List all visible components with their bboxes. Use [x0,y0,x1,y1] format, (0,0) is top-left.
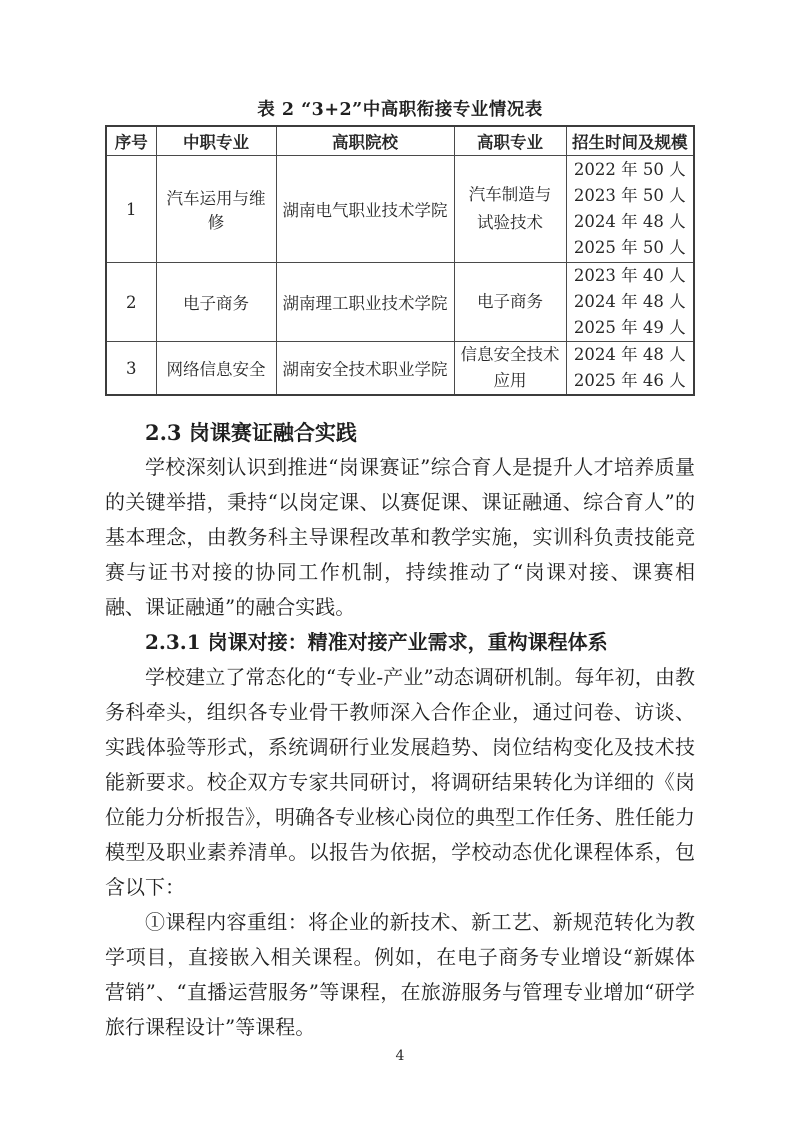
table-row: 1 汽车运用与维修 湖南电气职业技术学院 汽车制造与 试验技术 2022 年 5… [106,156,694,263]
table-row: 3 网络信息安全 湖南安全技术职业学院 信息安全技术 应用 2024 年 48 … [106,342,694,396]
cell-enrollment: 2023 年 40 人 2024 年 48 人 2025 年 49 人 [566,263,694,342]
cell-secondary-major: 网络信息安全 [156,342,276,396]
cell-enrollment: 2022 年 50 人 2023 年 50 人 2024 年 48 人 2025… [566,156,694,263]
table-header-row: 序号 中职专业 高职院校 高职专业 招生时间及规模 [106,126,694,156]
cell-college: 湖南理工职业技术学院 [276,263,454,342]
cell-no: 3 [106,342,156,396]
higher-major-line: 电子商务 [457,288,564,316]
cell-enrollment: 2024 年 48 人 2025 年 46 人 [566,342,694,396]
table-row: 2 电子商务 湖南理工职业技术学院 电子商务 2023 年 40 人 2024 … [106,263,694,342]
page-number: 4 [0,1048,800,1064]
section-heading-2-3: 2.3 岗课赛证融合实践 [105,415,695,450]
cell-higher-major: 信息安全技术 应用 [454,342,566,396]
col-header-secondary-major: 中职专业 [156,126,276,156]
cell-college: 湖南电气职业技术学院 [276,156,454,263]
higher-major-line: 汽车制造与 [457,181,564,209]
cell-secondary-major: 汽车运用与维修 [156,156,276,263]
document-page: 表 2 “3+2”中高职衔接专业情况表 序号 中职专业 高职院校 高职专业 招生… [0,0,800,1130]
table-title: 表 2 “3+2”中高职衔接专业情况表 [105,100,695,120]
enrollment-line: 2023 年 40 人 [569,263,692,289]
articulation-table: 序号 中职专业 高职院校 高职专业 招生时间及规模 1 汽车运用与维修 湖南电气… [105,125,695,396]
enrollment-line: 2025 年 49 人 [569,315,692,341]
section-heading-2-3-1: 2.3.1 岗课对接：精准对接产业需求，重构课程体系 [105,625,695,660]
cell-higher-major: 汽车制造与 试验技术 [454,156,566,263]
paragraph-3: ①课程内容重组：将企业的新技术、新工艺、新规范转化为教学项目，直接嵌入相关课程。… [105,905,695,1045]
col-header-higher-major: 高职专业 [454,126,566,156]
cell-no: 1 [106,156,156,263]
body-text: 2.3 岗课赛证融合实践 学校深刻认识到推进“岗课赛证”综合育人是提升人才培养质… [105,415,695,1045]
cell-secondary-major: 电子商务 [156,263,276,342]
enrollment-line: 2023 年 50 人 [569,183,692,209]
col-header-no: 序号 [106,126,156,156]
paragraph-1: 学校深刻认识到推进“岗课赛证”综合育人是提升人才培养质量的关键举措，秉持“以岗定… [105,450,695,625]
higher-major-line: 试验技术 [457,209,564,237]
cell-college: 湖南安全技术职业学院 [276,342,454,396]
higher-major-line: 信息安全技术 [457,342,564,368]
enrollment-line: 2025 年 46 人 [569,368,692,394]
cell-higher-major: 电子商务 [454,263,566,342]
enrollment-line: 2022 年 50 人 [569,157,692,183]
col-header-enrollment: 招生时间及规模 [566,126,694,156]
cell-no: 2 [106,263,156,342]
enrollment-line: 2025 年 50 人 [569,235,692,261]
higher-major-line: 应用 [457,368,564,394]
enrollment-line: 2024 年 48 人 [569,342,692,368]
col-header-college: 高职院校 [276,126,454,156]
enrollment-line: 2024 年 48 人 [569,289,692,315]
paragraph-2: 学校建立了常态化的“专业-产业”动态调研机制。每年初，由教务科牵头，组织各专业骨… [105,660,695,905]
enrollment-line: 2024 年 48 人 [569,209,692,235]
